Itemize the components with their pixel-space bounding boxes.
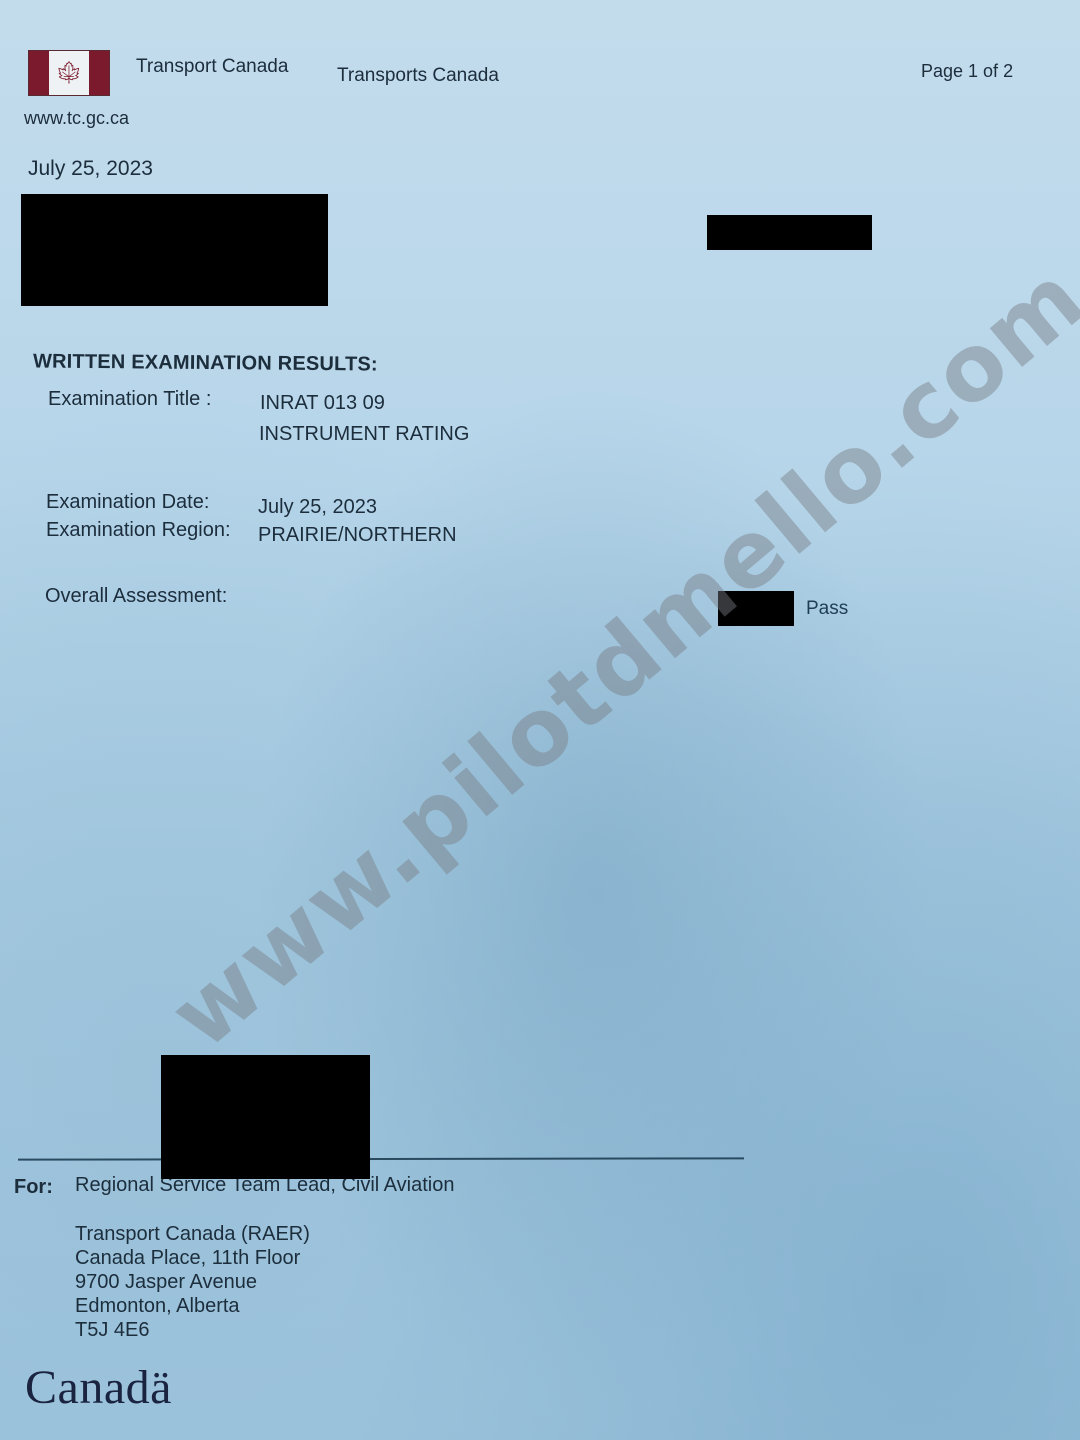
- canada-wordmark: Canadä: [25, 1360, 172, 1415]
- for-label: For:: [14, 1176, 53, 1199]
- watermark-text: www.pilotdmello.com: [150, 358, 970, 1070]
- address-line: T5J 4E6: [75, 1318, 310, 1342]
- address-line: Edmonton, Alberta: [75, 1294, 310, 1318]
- signature-line: [18, 1157, 744, 1160]
- address-block: Transport Canada (RAER) Canada Place, 11…: [75, 1222, 310, 1342]
- address-line: Canada Place, 11th Floor: [75, 1246, 310, 1270]
- letter-date: July 25, 2023: [28, 157, 153, 181]
- results-heading: WRITTEN EXAMINATION RESULTS:: [33, 350, 378, 376]
- exam-title-code: INRAT 013 09: [260, 392, 385, 415]
- exam-title-label: Examination Title :: [48, 388, 211, 411]
- redacted-reference-block: [707, 215, 872, 250]
- canada-flag-icon: 🍁︎: [28, 50, 110, 96]
- exam-date-value: July 25, 2023: [258, 496, 377, 519]
- overall-assessment-label: Overall Assessment:: [45, 585, 227, 608]
- exam-title-name: INSTRUMENT RATING: [259, 423, 469, 446]
- redacted-recipient-block: [21, 194, 328, 306]
- org-name-english: Transport Canada: [136, 56, 288, 78]
- page-indicator: Page 1 of 2: [921, 61, 1013, 82]
- address-line: Transport Canada (RAER): [75, 1222, 310, 1246]
- org-name-french: Transports Canada: [337, 65, 499, 87]
- address-line: 9700 Jasper Avenue: [75, 1270, 310, 1294]
- exam-region-label: Examination Region:: [46, 519, 231, 542]
- redacted-signature: [161, 1055, 370, 1179]
- exam-date-label: Examination Date:: [46, 491, 209, 514]
- overall-assessment-value: Pass: [806, 598, 848, 620]
- exam-region-value: PRAIRIE/NORTHERN: [258, 524, 457, 547]
- website-link[interactable]: www.tc.gc.ca: [24, 108, 129, 129]
